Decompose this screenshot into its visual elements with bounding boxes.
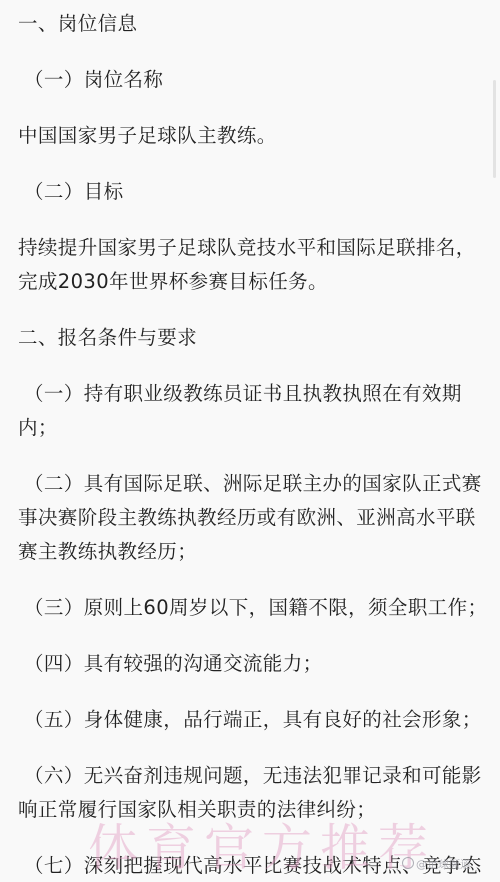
requirement-2-line-1: （二）具有国际足联、洲际足联主办的国家队正式赛	[24, 466, 482, 502]
requirement-3: （三）原则上60周岁以下，国籍不限，须全职工作；	[24, 590, 487, 626]
requirement-6-line-1: （六）无兴奋剂违规问题，无违法犯罪记录和可能影	[24, 758, 482, 794]
requirement-4: （四）具有较强的沟通交流能力；	[24, 646, 323, 682]
requirement-6-line-2: 响正常履行国家队相关职责的法律纠纷；	[18, 792, 376, 828]
scrollbar[interactable]	[493, 80, 496, 178]
subheading-job-title: （一）岗位名称	[24, 62, 163, 98]
subheading-goal: （二）目标	[24, 174, 124, 210]
source-tag-label: @足球频道	[416, 858, 471, 871]
section-heading-job-info: 一、岗位信息	[18, 6, 137, 42]
goal-text-line-2: 完成2030年世界杯参赛目标任务。	[18, 264, 328, 300]
requirement-1-line-1: （一）持有职业级教练员证书且执教执照在有效期	[24, 376, 462, 412]
job-title-text: 中国国家男子足球队主教练。	[18, 118, 277, 154]
document-page: 一、岗位信息 （一）岗位名称 中国国家男子足球队主教练。 （二）目标 持续提升国…	[0, 0, 500, 882]
goal-text-line-1: 持续提升国家男子足球队竞技水平和国际足联排名，	[18, 230, 476, 266]
source-logo-icon	[402, 857, 414, 869]
section-heading-requirements: 二、报名条件与要求	[18, 320, 197, 356]
requirement-1-line-2: 内；	[18, 410, 58, 446]
requirement-2-line-3: 赛主教练执教经历；	[18, 534, 197, 570]
source-tag: @足球频道	[402, 856, 471, 872]
requirement-2-line-2: 事决赛阶段主教练执教经历或有欧洲、亚洲高水平联	[18, 500, 476, 536]
requirement-5: （五）身体健康，品行端正，具有良好的社会形象；	[24, 702, 482, 738]
